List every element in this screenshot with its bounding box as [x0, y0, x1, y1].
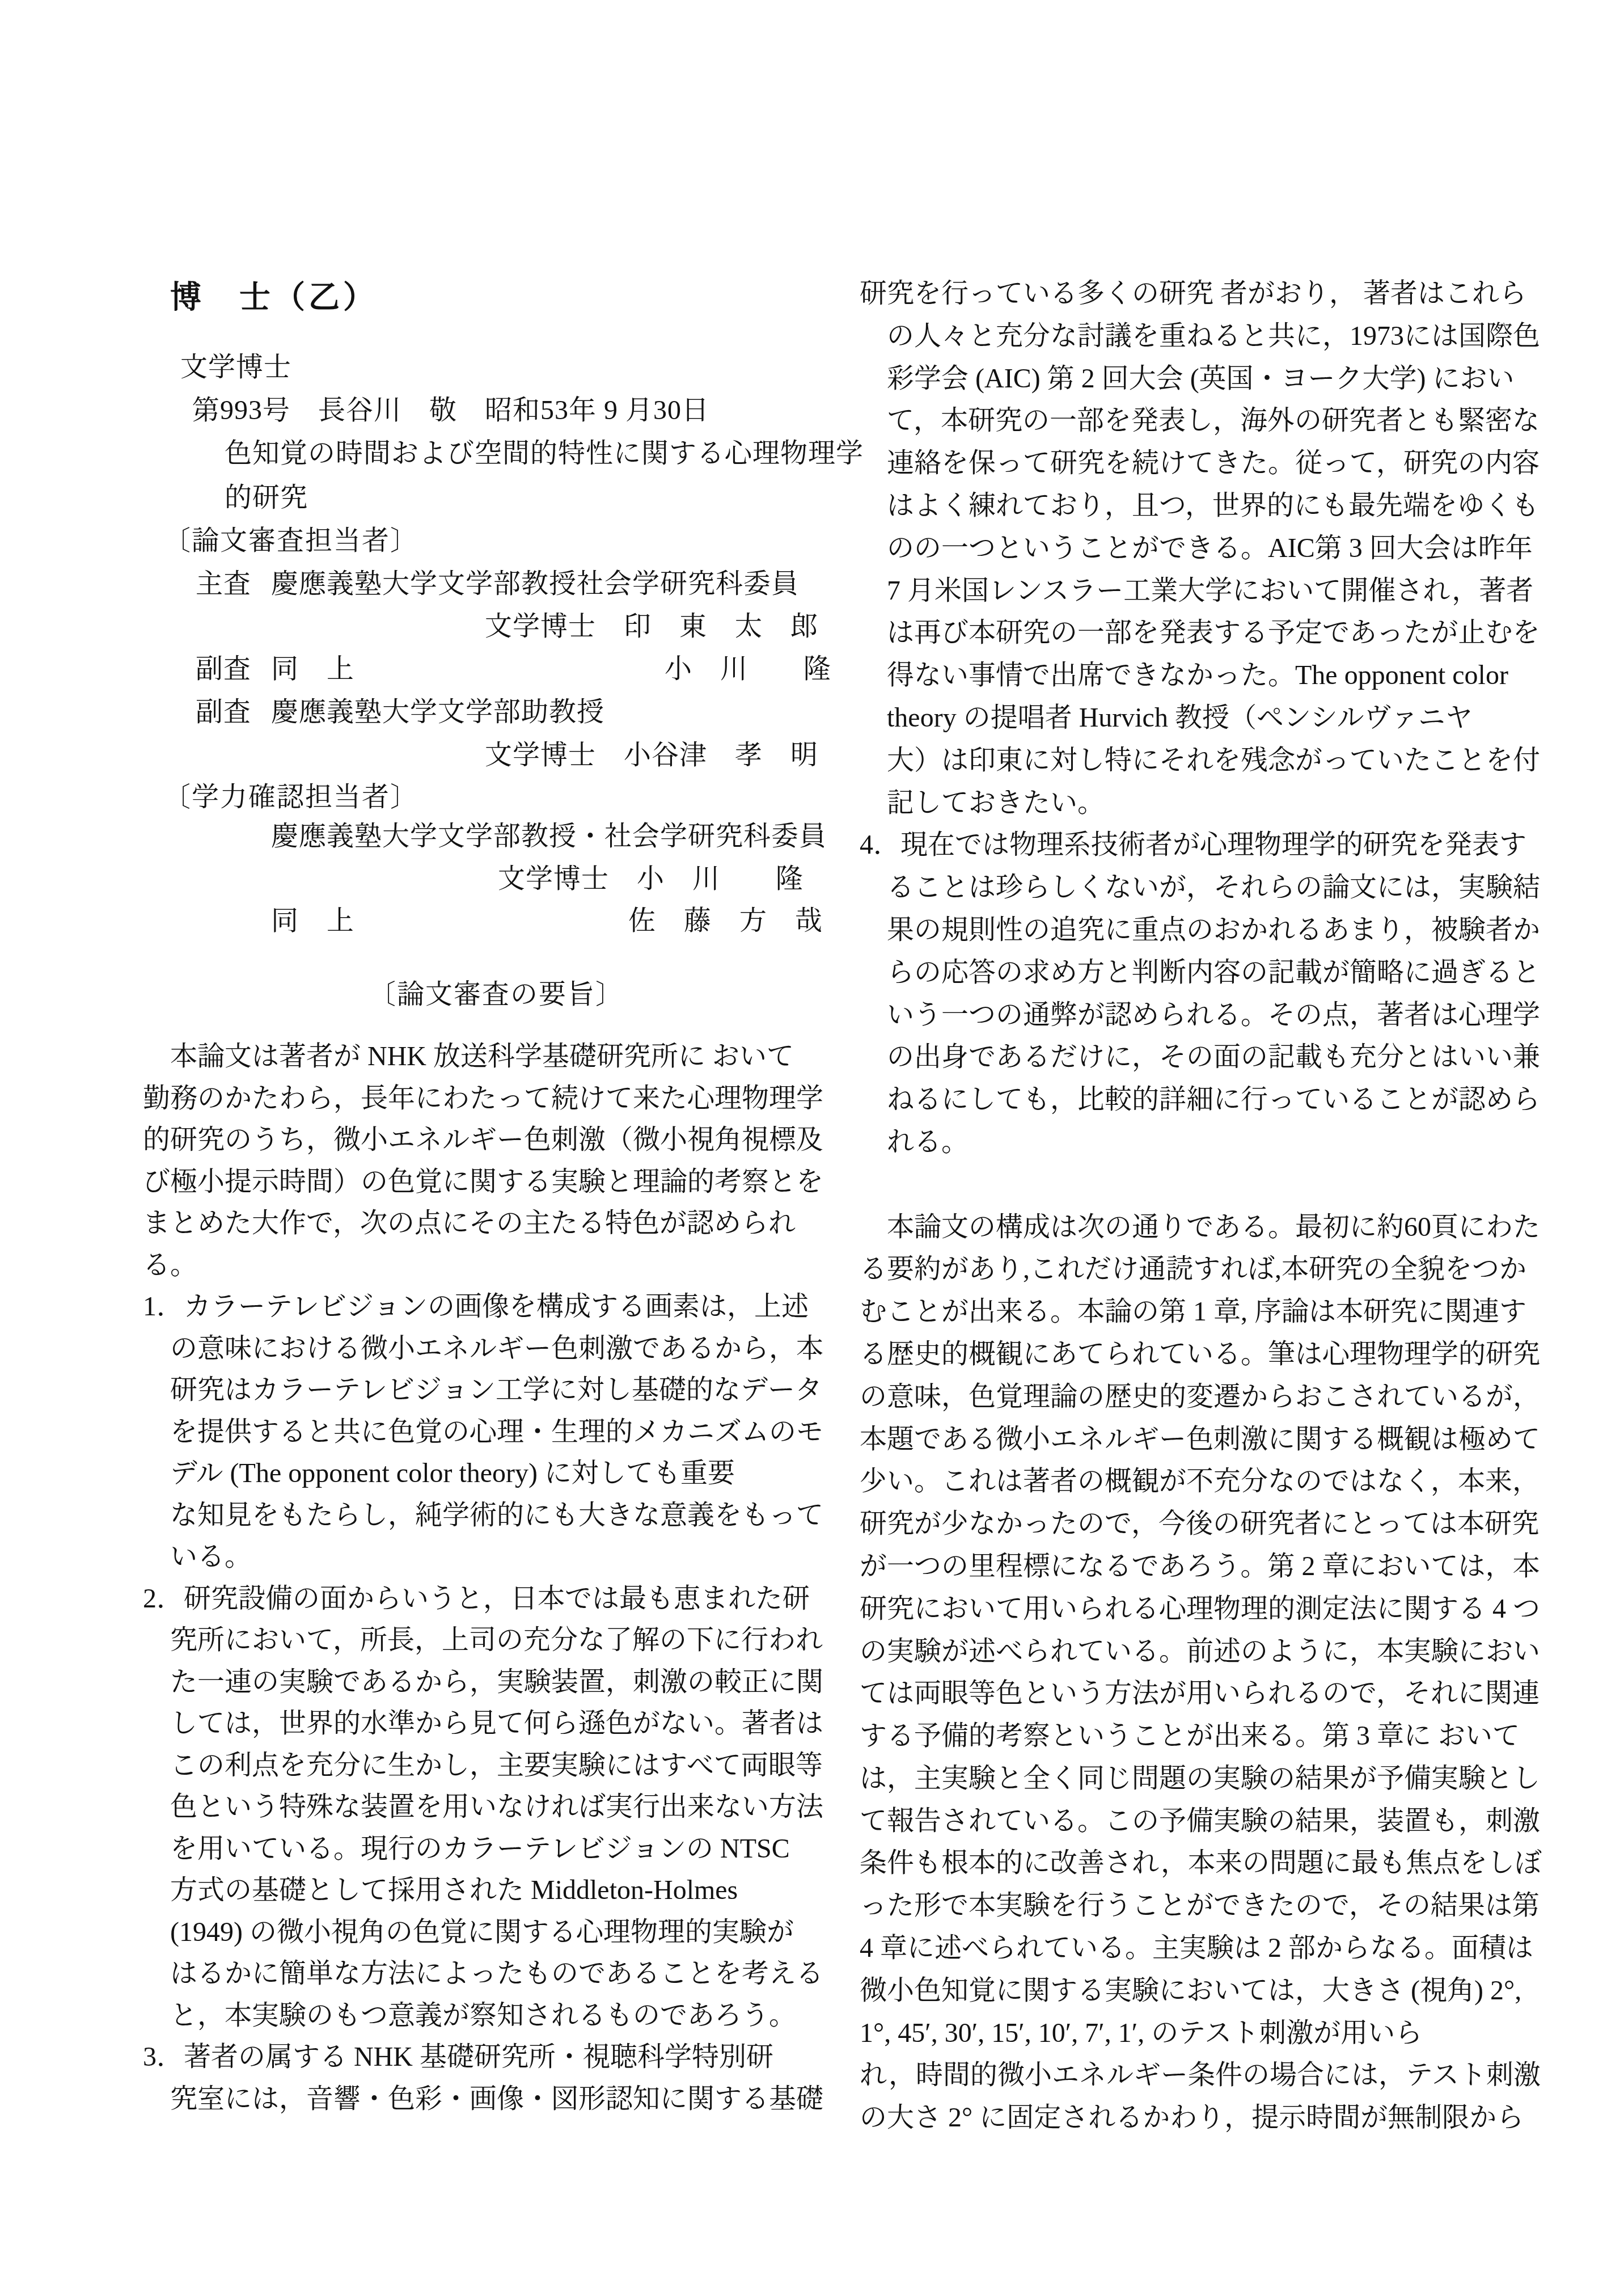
committee-deputy2-affiliation: 慶應義塾大学文学部助教授 [271, 697, 604, 728]
text-line: 大）は印東に対し特にそれを残念がっていたことを付 [860, 740, 1602, 782]
text-line: な知見をもたらし，純学術的にも大きな意義をもって [143, 1495, 840, 1537]
committee-chief-name: 文学博士 印 東 太 郎 [485, 611, 818, 643]
text-line: 1°, 45′, 30′, 15′, 10′, 7′, 1′, のテスト刺激が用… [860, 2012, 1602, 2055]
committee-deputy1-name: 小 川 隆 [665, 653, 831, 685]
text-line: の意味における微小エネルギー色刺激であるから，本 [143, 1328, 840, 1370]
text-line: の実験が述べられている。前述のように，本実験におい [860, 1631, 1602, 1673]
summary-right-column: 研究を行っている多くの研究 者がおり， 著者はこれら の人々と充分な討議を重ねる… [860, 273, 1602, 2139]
text-line: のの一つということができる。AIC第 3 回大会は昨年 [860, 527, 1602, 570]
text-line: 記しておきたい。 [860, 782, 1602, 825]
text-line: 的研究のうち，微小エネルギー色刺激（微小視角視標及 [143, 1119, 840, 1161]
text-line: 条件も根本的に改善され，本来の問題に最も焦点をしぼ [860, 1842, 1602, 1885]
text-line: の人々と充分な討議を重ねると共に，1973には国際色 [860, 315, 1602, 358]
text-line: ては両眼等色という方法が用いられるので，それに関連 [860, 1673, 1602, 1715]
text-line: 色という特殊な装置を用いなければ実行出来ない方法 [143, 1786, 840, 1828]
text-line: を用いている。現行のカラーテレビジョンの NTSC [143, 1828, 840, 1870]
text-line: 連絡を保って研究を続けてきた。従って，研究の内容 [860, 442, 1602, 485]
committee-chief-affiliation: 慶應義塾大学文学部教授社会学研究科委員 [271, 568, 799, 600]
text-line: 本題である微小エネルギー色刺激に関する概観は極めて [860, 1419, 1602, 1461]
text-line: 7 月米国レンスラー工業大学において開催され，著者 [860, 570, 1602, 613]
text-line: 究所において，所長，上司の充分な了解の下に行われ [143, 1619, 840, 1661]
committee-deputy2-name: 文学博士 小谷津 孝 明 [485, 740, 818, 771]
text-line: theory の提唱者 Hurvich 教授（ペンシルヴァニヤ [860, 697, 1602, 740]
thesis-title-line-1: 色知覚の時間および空間的特性に関する心理物理学 [225, 438, 864, 470]
summary-left-column: 本論文は著者が NHK 放送科学基礎研究所に おいて勤務のかたわら，長年にわたっ… [143, 1036, 840, 2120]
text-line: 果の規則性の追究に重点のおかれるあまり，被験者か [860, 909, 1602, 952]
text-line: て，本研究の一部を発表し，海外の研究者とも緊密な [860, 400, 1602, 442]
text-line: の出身であるだけに，その面の記載も充分とはいい兼 [860, 1036, 1602, 1079]
text-line: (1949) の微小視角の色覚に関する心理物理的実験が [143, 1911, 840, 1953]
text-line: 少い。これは著者の概観が不充分なのではなく，本来， [860, 1461, 1602, 1503]
text-line: 方式の基礎として採用された Middleton-Holmes [143, 1869, 840, 1911]
text-line: が一つの里程標になるであろう。第 2 章においては，本 [860, 1546, 1602, 1588]
text-line: はるかに簡単な方法によったものであることを考える [143, 1953, 840, 1995]
text-line: ねるにしても，比較的詳細に行っていることが認めら [860, 1079, 1602, 1121]
scanned-document-page: 博 士（乙） 文学博士 第993号 長谷川 敬 昭和53年 9 月30日 色知覚… [0, 0, 1624, 2296]
text-line: 4 章に述べられている。主実験は 2 部からなる。面積は [860, 1927, 1602, 1970]
text-line: しては，世界的水準から見て何ら遜色がない。著者は [143, 1703, 840, 1745]
qualification-section-heading: 〔学力確認担当者〕 [163, 782, 418, 813]
qualification-examiner2-name: 佐 藤 方 哉 [628, 905, 823, 937]
committee-deputy1-affiliation: 同 上 [271, 653, 354, 685]
qualification-examiner2-affiliation: 同 上 [271, 905, 354, 937]
text-line: を提供すると共に色覚の心理・生理的メカニズムのモ [143, 1411, 840, 1453]
text-line: 4．現在では物理系技術者が心理物理学的研究を発表す [860, 824, 1602, 867]
text-line: 研究はカラーテレビジョン工学に対し基礎的なデータ [143, 1369, 840, 1411]
text-line: 研究が少なかったので，今後の研究者にとっては本研究 [860, 1503, 1602, 1546]
text-line: 本論文の構成は次の通りである。最初に約60頁にわた [860, 1206, 1602, 1249]
text-line: 究室には，音響・色彩・画像・図形認知に関する基礎 [143, 2078, 840, 2120]
text-line: る要約があり,これだけ通読すれば,本研究の全貌をつか [860, 1248, 1602, 1291]
text-line: 研究を行っている多くの研究 者がおり， 著者はこれら [860, 273, 1602, 315]
text-line: デル (The opponent color theory) に対しても重要 [143, 1453, 840, 1495]
text-line: れ，時間的微小エネルギー条件の場合には，テスト刺激 [860, 2054, 1602, 2097]
degree-category: 博 士（乙） [170, 281, 378, 313]
text-line: 2．研究設備の面からいうと，日本では最も恵まれた研 [143, 1578, 840, 1620]
degree-name: 文学博士 [180, 352, 291, 383]
text-line: の意味，色覚理論の歴史的変遷からおこされているが， [860, 1376, 1602, 1419]
text-line: する予備的考察ということが出来る。第 3 章に おいて [860, 1715, 1602, 1758]
text-line: れる。 [860, 1121, 1602, 1164]
text-line [860, 1164, 1602, 1206]
text-line: 研究において用いられる心理物理的測定法に関する 4 つ [860, 1588, 1602, 1631]
text-line: この利点を充分に生かし，主要実験にはすべて両眼等 [143, 1745, 840, 1787]
text-line: と，本実験のもつ意義が察知されるものであろう。 [143, 1995, 840, 2037]
text-line: る。 [143, 1244, 840, 1286]
committee-deputy1-role: 副査 [196, 653, 251, 685]
text-line: 1．カラーテレビジョンの画像を構成する画素は，上述 [143, 1286, 840, 1328]
thesis-title-line-2: 的研究 [225, 482, 308, 514]
text-line: 本論文は著者が NHK 放送科学基礎研究所に おいて [143, 1036, 840, 1078]
qualification-examiner1-name: 文学博士 小 川 隆 [498, 863, 803, 895]
text-line: の大さ 2° に固定されるかわり，提示時間が無制限から [860, 2097, 1602, 2139]
committee-chief-role: 主査 [196, 568, 251, 600]
text-line: まとめた大作で，次の点にその主たる特色が認められ [143, 1202, 840, 1244]
text-line: た一連の実験であるから，実験装置，刺激の較正に関 [143, 1661, 840, 1703]
text-line: ることは珍らしくないが，それらの論文には，実験結 [860, 867, 1602, 909]
text-line: いう一つの通弊が認められる。その点，著者は心理学 [860, 994, 1602, 1037]
text-line: らの応答の求め方と判断内容の記載が簡略に過ぎると [860, 952, 1602, 994]
text-line: むことが出来る。本論の第 1 章, 序論は本研究に関連す [860, 1291, 1602, 1333]
text-line: は，主実験と全く同じ問題の実験の結果が予備実験とし [860, 1758, 1602, 1800]
committee-section-heading: 〔論文審査担当者〕 [163, 525, 418, 557]
text-line: る歴史的概観にあてられている。筆は心理物理学的研究 [860, 1333, 1602, 1376]
text-line: 得ない事情で出席できなかった。The opponent color [860, 655, 1602, 697]
text-line: 勤務のかたわら，長年にわたって続けて来た心理物理学 [143, 1078, 840, 1120]
text-line: った形で本実験を行うことができたので，その結果は第 [860, 1885, 1602, 1927]
text-line: て報告されている。この予備実験の結果，装置も，刺激 [860, 1800, 1602, 1843]
text-line: び極小提示時間）の色覚に関する実験と理論的考察とを [143, 1161, 840, 1203]
thesis-number-author-date: 第993号 長谷川 敬 昭和53年 9 月30日 [192, 395, 709, 427]
committee-deputy2-role: 副査 [196, 697, 251, 728]
summary-section-heading: 〔論文審査の要旨〕 [369, 979, 624, 1011]
text-line: いる。 [143, 1536, 840, 1578]
text-line: 微小色知覚に関する実験においては，大きさ (視角) 2°, [860, 1970, 1602, 2012]
text-line: はよく練れており，且つ，世界的にも最先端をゆくも [860, 485, 1602, 527]
text-line: 彩学会 (AIC) 第 2 回大会 (英国・ヨーク大学) におい [860, 358, 1602, 400]
text-line: は再び本研究の一部を発表する予定であったが止むを [860, 612, 1602, 655]
text-line: 3．著者の属する NHK 基礎研究所・視聴科学特別研 [143, 2036, 840, 2078]
qualification-examiner1-affiliation: 慶應義塾大学文学部教授・社会学研究科委員 [271, 821, 827, 852]
